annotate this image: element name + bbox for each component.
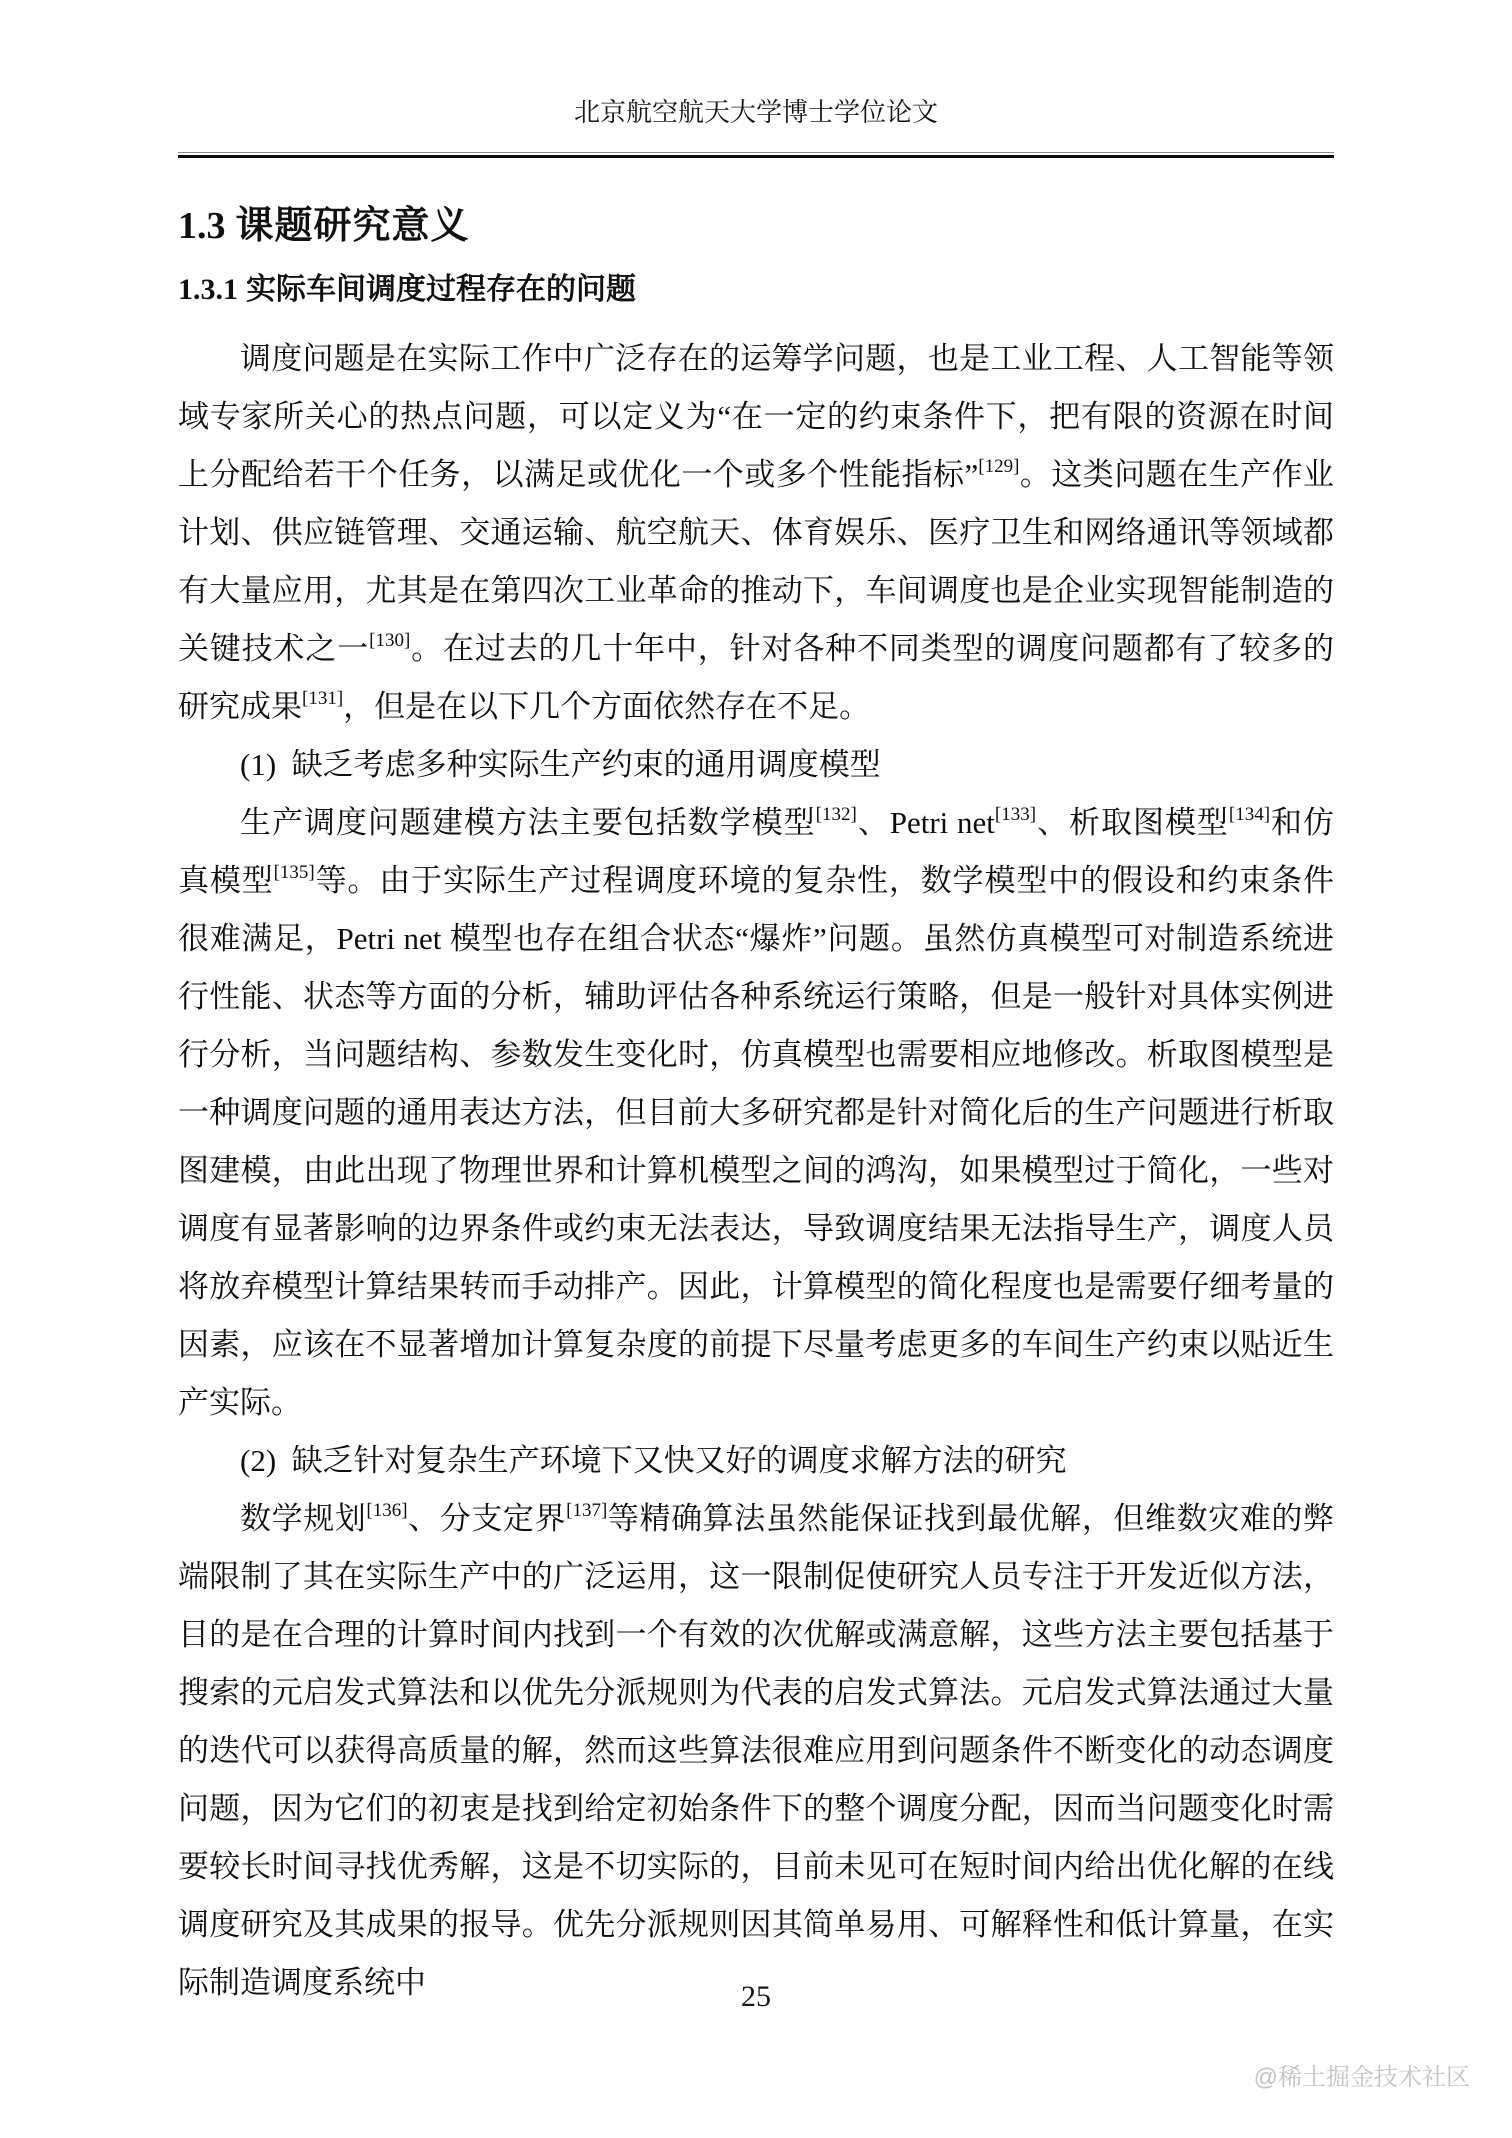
watermark: @稀土掘金技术社区 xyxy=(1254,2066,1470,2090)
text-run: 数学规划 xyxy=(240,1501,366,1536)
text-run: (2) 缺乏针对复杂生产环境下又快又好的调度求解方法的研究 xyxy=(240,1443,1067,1478)
body-text: 调度问题是在实际工作中广泛存在的运筹学问题，也是工业工程、人工智能等领域专家所关… xyxy=(178,330,1334,2012)
list-item-2: (2) 缺乏针对复杂生产环境下又快又好的调度求解方法的研究 xyxy=(178,1432,1334,1490)
subsection-title: 实际车间调度过程存在的问题 xyxy=(246,273,636,306)
text-run: 、Petri net xyxy=(857,805,995,840)
running-header: 北京航空航天大学博士学位论文 xyxy=(178,0,1334,126)
section-heading: 1.3课题研究意义 xyxy=(178,204,1334,250)
paragraph-intro: 调度问题是在实际工作中广泛存在的运筹学问题，也是工业工程、人工智能等领域专家所关… xyxy=(178,330,1334,736)
citation-ref: [132] xyxy=(816,804,857,825)
citation-ref: [133] xyxy=(995,804,1036,825)
section-number: 1.3 xyxy=(178,205,226,247)
citation-ref: [134] xyxy=(1229,804,1270,825)
citation-ref: [130] xyxy=(369,630,410,651)
paragraph-solving: 数学规划[136]、分支定界[137]等精确算法虽然能保证找到最优解，但维数灾难… xyxy=(178,1490,1334,2012)
citation-ref: [136] xyxy=(366,1500,407,1521)
text-run: ，但是在以下几个方面依然存在不足。 xyxy=(343,689,870,724)
text-run: 生产调度问题建模方法主要包括数学模型 xyxy=(240,805,816,840)
header-rule xyxy=(178,152,1334,158)
citation-ref: [131] xyxy=(302,688,343,709)
text-run: 、析取图模型 xyxy=(1036,805,1229,840)
text-run: 、分支定界 xyxy=(408,1501,567,1536)
paragraph-modeling: 生产调度问题建模方法主要包括数学模型[132]、Petri net[133]、析… xyxy=(178,794,1334,1432)
text-run: 等精确算法虽然能保证找到最优解，但维数灾难的弊端限制了其在实际生产中的广泛运用，… xyxy=(178,1501,1334,2000)
page-number: 25 xyxy=(0,1982,1512,2012)
citation-ref: [135] xyxy=(274,862,315,883)
dissertation-page: 北京航空航天大学博士学位论文 1.3课题研究意义 1.3.1实际车间调度过程存在… xyxy=(0,0,1512,2138)
list-item-1: (1) 缺乏考虑多种实际生产约束的通用调度模型 xyxy=(178,736,1334,794)
text-run: (1) 缺乏考虑多种实际生产约束的通用调度模型 xyxy=(240,747,881,782)
section-title: 课题研究意义 xyxy=(236,205,470,247)
text-run: 等。由于实际生产过程调度环境的复杂性，数学模型中的假设和约束条件很难满足，Pet… xyxy=(178,863,1334,1420)
subsection-number: 1.3.1 xyxy=(178,273,238,306)
citation-ref: [129] xyxy=(978,456,1019,477)
subsection-heading: 1.3.1实际车间调度过程存在的问题 xyxy=(178,272,1334,308)
text-block: 北京航空航天大学博士学位论文 1.3课题研究意义 1.3.1实际车间调度过程存在… xyxy=(178,0,1334,2012)
citation-ref: [137] xyxy=(566,1500,607,1521)
